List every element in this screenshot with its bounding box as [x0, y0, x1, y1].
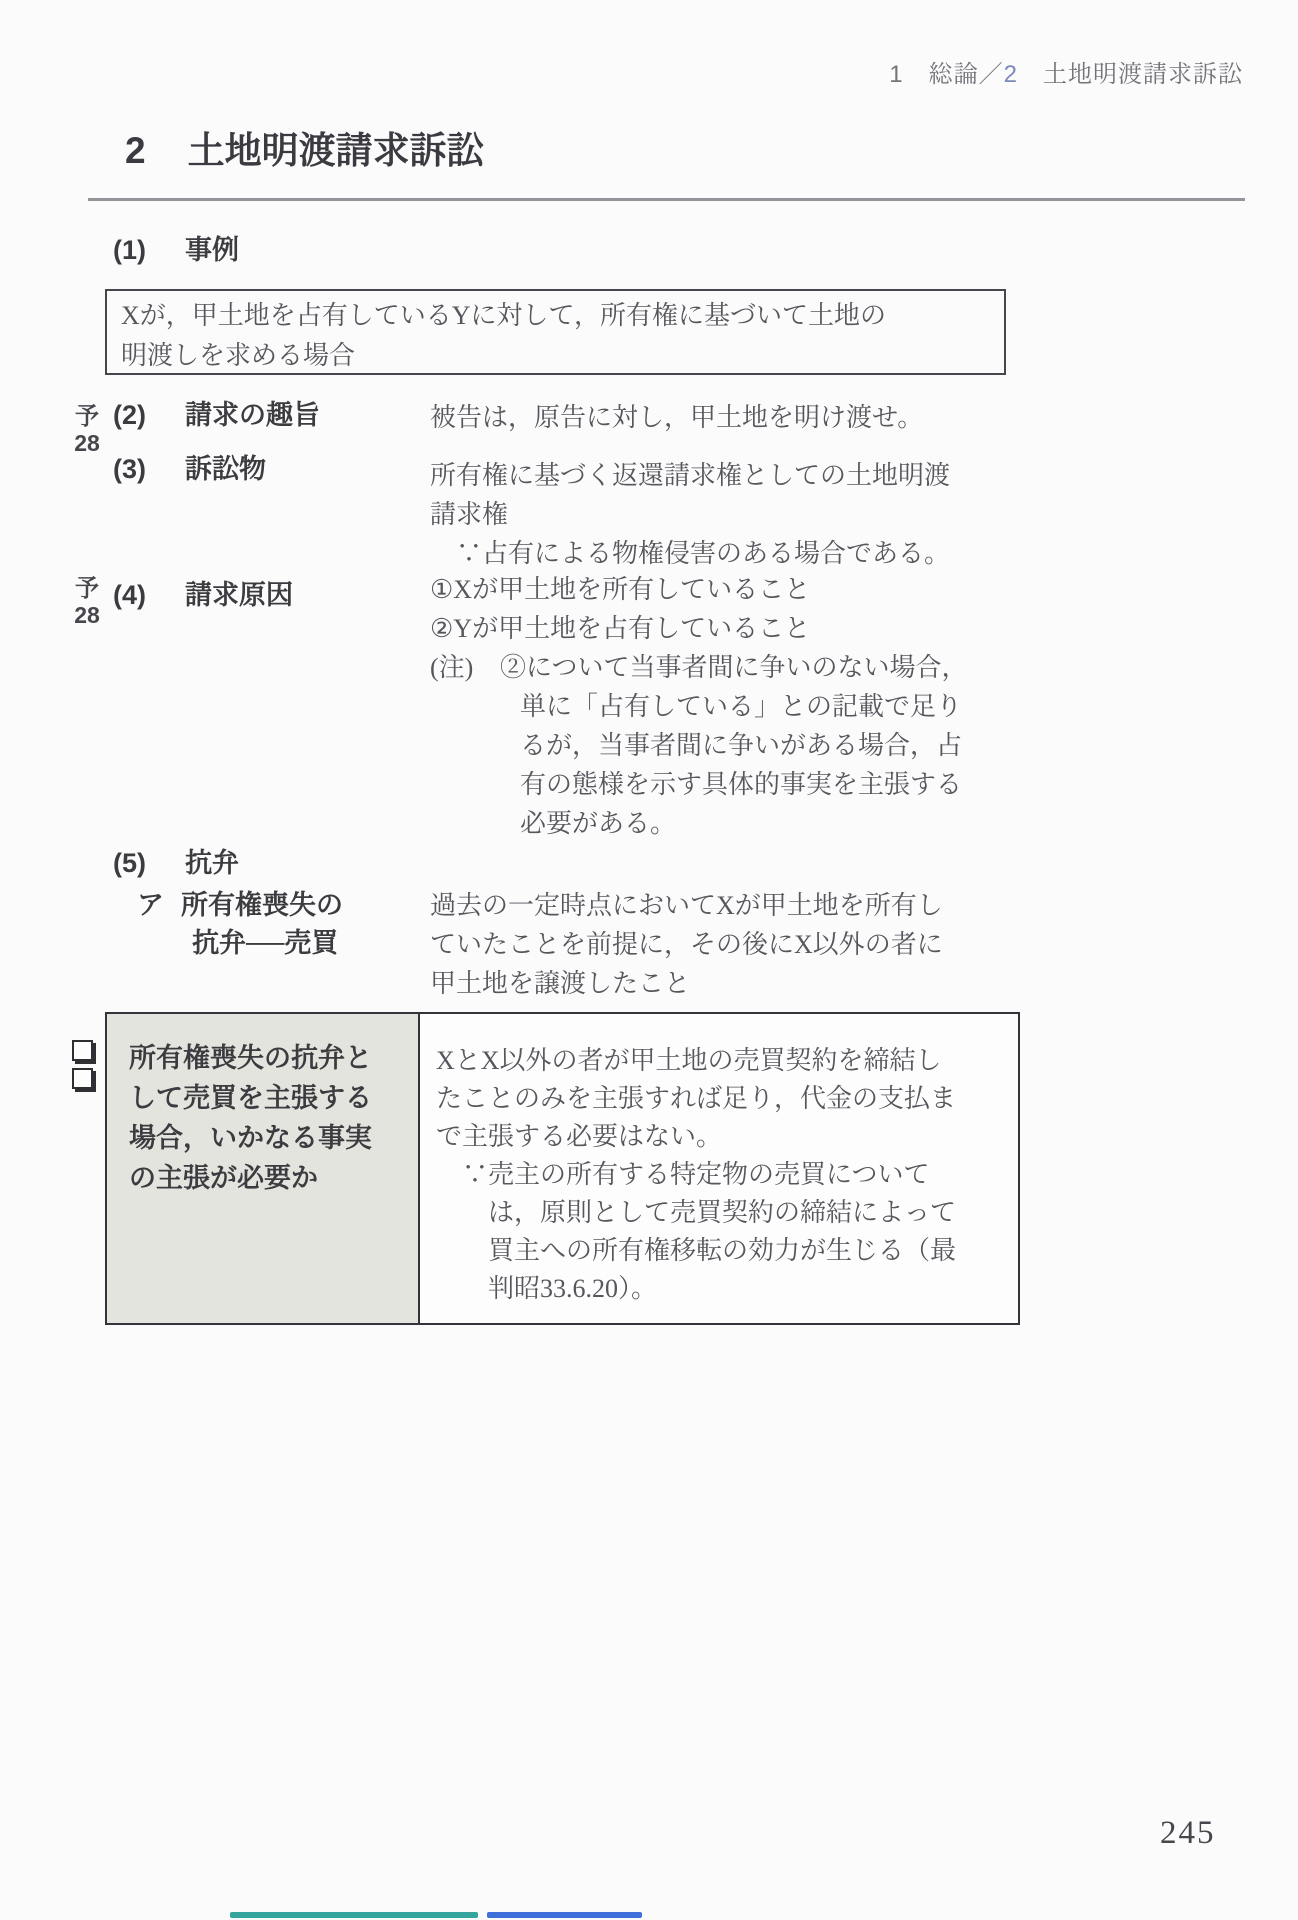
cause-item-1: ①Xが甲土地を所有していること — [430, 570, 1005, 609]
section-5-label: 抗弁 — [185, 844, 239, 883]
page-number: 245 — [1160, 1815, 1216, 1852]
title-number: 2 — [125, 128, 146, 174]
marker-1-number: 28 — [64, 430, 110, 456]
defense-body-line-2: ていたことを前提に，その後にX以外の者に — [430, 925, 1005, 964]
qa-answer-cell: XとX以外の者が甲土地の売買契約を締結し たことのみを主張すれば足り，代金の支払… — [420, 1014, 1018, 1323]
section-2-body: 被告は，原告に対し，甲土地を明け渡せ。 — [430, 398, 1005, 437]
defense-sub-line-2: 抗弁──売買 — [192, 924, 343, 962]
subject-reason: ∵占有による物権侵害のある場合である。 — [456, 534, 1005, 573]
cause-note: (注) ②について当事者間に争いのない場合， 単に「占有している」との記載で足り… — [430, 648, 1005, 843]
section-1-heading: (1) 事例 — [113, 231, 239, 270]
qa-reason-line-1: ∵売主の所有する特定物の売買について — [462, 1156, 1008, 1194]
title-text: 土地明渡請求訴訟 — [188, 128, 484, 174]
section-4-label: 請求原因 — [185, 576, 293, 615]
defense-sub-heading: ア 所有権喪失の 抗弁──売買 — [137, 886, 343, 962]
section-2-label: 請求の趣旨 — [185, 396, 320, 435]
note-line-5: 必要がある。 — [520, 804, 967, 843]
section-5-heading: (5) 抗弁 — [113, 844, 239, 883]
note-line-3: るが，当事者間に争いがある場合，占 — [520, 726, 967, 765]
page-title: 2 土地明渡請求訴訟 — [125, 128, 484, 174]
qa-question-line-2: して売買を主張する — [129, 1078, 404, 1118]
defense-sub-line-1: 所有権喪失の — [181, 886, 343, 924]
case-box-line-1: Xが，甲土地を占有しているYに対して，所有権に基づいて土地の — [121, 296, 990, 336]
section-5-number: (5) — [113, 844, 185, 883]
review-checkboxes — [72, 1040, 93, 1089]
marker-1-kanji: 予 — [64, 404, 110, 430]
title-underline — [88, 198, 1245, 201]
defense-sub-lines: 所有権喪失の 抗弁──売買 — [181, 886, 343, 962]
note-line-4: 有の態様を示す具体的事実を主張する — [520, 765, 967, 804]
qa-answer-line-1: XとX以外の者が甲土地の売買契約を締結し — [436, 1042, 1008, 1080]
qa-reason-line-2: は，原則として売買契約の締結によって — [488, 1194, 1008, 1232]
note-label: (注) — [430, 648, 500, 843]
section-1-label: 事例 — [185, 231, 239, 270]
defense-body: 過去の一定時点においてXが甲土地を所有し ていたことを前提に，その後にX以外の者… — [430, 886, 1005, 1003]
running-header: 1 総論／2 土地明渡請求訴訟 — [889, 54, 1243, 89]
scanned-book-page: 1 総論／2 土地明渡請求訴訟 2 土地明渡請求訴訟 (1) 事例 Xが，甲土地… — [0, 0, 1298, 1920]
section-3-label: 訴訟物 — [185, 450, 266, 489]
running-header-part1: 1 総論／ — [889, 61, 1003, 88]
marker-2-kanji: 予 — [64, 576, 110, 602]
defense-sub-label: ア — [137, 886, 164, 962]
margin-marker-1: 予 28 — [64, 404, 110, 456]
qa-reason-line-4: 判昭33.6.20）。 — [488, 1270, 1008, 1308]
section-2-heading: (2) 請求の趣旨 — [113, 396, 320, 435]
section-3-heading: (3) 訴訟物 — [113, 450, 266, 489]
section-4-heading: (4) 請求原因 — [113, 576, 293, 615]
section-2-number: (2) — [113, 396, 185, 435]
section-3-body: 所有権に基づく返還請求権としての土地明渡 請求権 ∵占有による物権侵害のある場合… — [430, 456, 1005, 573]
subject-body-line-1: 所有権に基づく返還請求権としての土地明渡 — [430, 456, 1005, 495]
note-line-2: 単に「占有している」との記載で足り — [520, 687, 967, 726]
marker-2-number: 28 — [64, 602, 110, 628]
case-box: Xが，甲土地を占有しているYに対して，所有権に基づいて土地の 明渡しを求める場合 — [105, 289, 1006, 375]
section-4-body: ①Xが甲土地を所有していること ②Yが甲土地を占有していること (注) ②につい… — [430, 570, 1005, 843]
margin-marker-2: 予 28 — [64, 576, 110, 628]
scan-artifact-teal — [230, 1912, 478, 1918]
scan-artifact-blue — [487, 1912, 642, 1918]
section-1-number: (1) — [113, 231, 185, 270]
qa-question-line-1: 所有権喪失の抗弁と — [129, 1038, 404, 1078]
defense-body-line-3: 甲土地を譲渡したこと — [430, 964, 1005, 1003]
note-lines: ②について当事者間に争いのない場合， 単に「占有している」との記載で足り るが，… — [500, 648, 967, 843]
checkbox-icon-2 — [72, 1068, 93, 1089]
qa-reason-line-3: 買主への所有権移転の効力が生じる（最 — [488, 1232, 1008, 1270]
qa-answer-line-2: たことのみを主張すれば足り，代金の支払ま — [436, 1080, 1008, 1118]
qa-answer-line-3: で主張する必要はない。 — [436, 1118, 1008, 1156]
qa-question-line-4: の主張が必要か — [129, 1158, 404, 1198]
claim-body-text: 被告は，原告に対し，甲土地を明け渡せ。 — [430, 398, 1005, 437]
subject-body-line-2: 請求権 — [430, 495, 1005, 534]
qa-table: 所有権喪失の抗弁と して売買を主張する 場合，いかなる事実 の主張が必要か Xと… — [105, 1012, 1020, 1325]
qa-question-line-3: 場合，いかなる事実 — [129, 1118, 404, 1158]
note-line-1: ②について当事者間に争いのない場合， — [500, 648, 967, 687]
case-box-line-2: 明渡しを求める場合 — [121, 336, 990, 376]
running-header-chapter-number: 2 — [1004, 61, 1018, 88]
defense-body-line-1: 過去の一定時点においてXが甲土地を所有し — [430, 886, 1005, 925]
cause-item-2: ②Yが甲土地を占有していること — [430, 609, 1005, 648]
section-3-number: (3) — [113, 450, 185, 489]
checkbox-icon-1 — [72, 1040, 93, 1061]
section-4-number: (4) — [113, 576, 185, 615]
qa-question-cell: 所有権喪失の抗弁と して売買を主張する 場合，いかなる事実 の主張が必要か — [107, 1014, 420, 1323]
running-header-part2: 土地明渡請求訴訟 — [1018, 61, 1243, 88]
